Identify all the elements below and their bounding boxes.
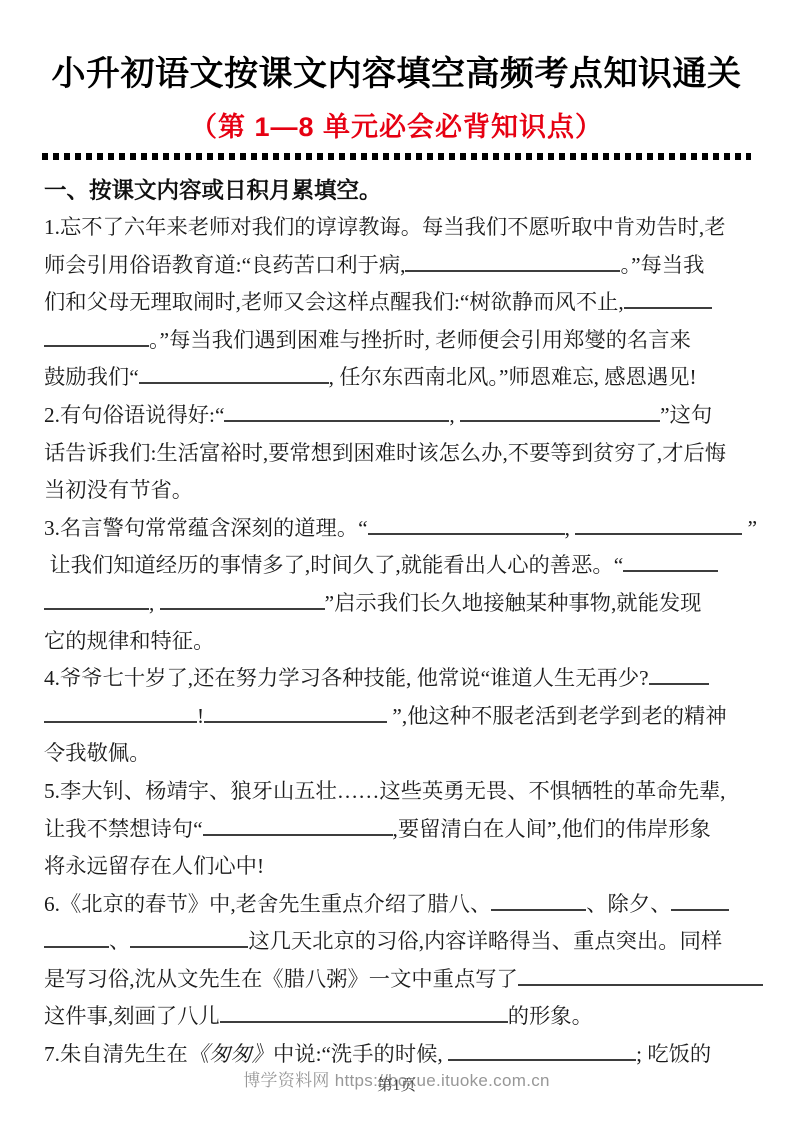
fill-in-blank: [220, 1004, 508, 1023]
document-line: 当初没有节省。: [44, 472, 749, 510]
text-run: 鼓励我们“: [44, 365, 139, 389]
document-line: 话告诉我们:生活富裕时,要常想到困难时该怎么办,不要等到贫穷了,才后悔: [44, 435, 749, 473]
document-line: 师会引用俗语教育道:“良药苦口利于病,。”每当我: [44, 247, 749, 285]
document-line: 、这几天北京的习俗,内容详略得当、重点突出。同样: [44, 923, 749, 961]
document-line: 这件事,刻画了八儿的形象。: [44, 998, 749, 1036]
document-line: 让我不禁想诗句“,要留清白在人间”,他们的伟岸形象: [44, 811, 749, 849]
text-run: 2.有句俗语说得好:“: [44, 403, 224, 427]
text-run: ”: [742, 516, 757, 540]
fill-in-blank: [44, 590, 149, 609]
text-run: 令我敬佩。: [44, 741, 151, 765]
text-run: 这几天北京的习俗,内容详略得当、重点突出。同样: [248, 929, 722, 953]
text-run: ”启示我们长久地接触某种事物,就能发现: [325, 591, 702, 615]
document-line: 是写习俗,沈从文先生在《腊八粥》一文中重点写了: [44, 961, 749, 999]
fill-in-blank: [44, 703, 197, 722]
fill-in-blank: [130, 929, 248, 948]
text-run: 4.爷爷七十岁了,还在努力学习各种技能, 他常说“谁道人生无再少?: [44, 666, 649, 690]
fill-in-blank: [491, 891, 586, 910]
fill-in-blank: [44, 929, 109, 948]
page-title: 小升初语文按课文内容填空高频考点知识通关: [24, 46, 769, 95]
text-run: 师会引用俗语教育道:“良药苦口利于病,: [44, 253, 405, 277]
document-line: 。”每当我们遇到困难与挫折时, 老师便会引用郑燮的名言来: [44, 322, 749, 360]
document-line: 令我敬佩。: [44, 735, 749, 773]
fill-in-blank: [368, 515, 565, 534]
fill-in-blank: [448, 1042, 636, 1061]
fill-in-blank: [671, 891, 729, 910]
text-run: 7.朱自清先生在: [44, 1042, 188, 1066]
document-line: 们和父母无理取闹时,老师又会这样点醒我们:“树欲静而风不止,: [44, 284, 749, 322]
document-line: 让我们知道经历的事情多了,时间久了,就能看出人心的善恶。“: [44, 547, 749, 585]
fill-in-blank: [405, 252, 620, 271]
document-line: 将永远留存在人们心中!: [44, 848, 749, 886]
document-line: 5.李大钊、杨靖宇、狼牙山五壮……这些英勇无畏、不惧牺牲的革命先辈,: [44, 773, 749, 811]
page-subtitle: （第 1—8 单元必会必背知识点）: [0, 105, 793, 144]
dotted-divider: [42, 153, 751, 160]
document-line: 4.爷爷七十岁了,还在努力学习各种技能, 他常说“谁道人生无再少?: [44, 660, 749, 698]
document-line: 2.有句俗语说得好:“, ”这句: [44, 397, 749, 435]
text-run: ,: [149, 591, 160, 615]
text-run: ,: [449, 403, 460, 427]
fill-in-blank: [44, 327, 149, 346]
text-run: 话告诉我们:生活富裕时,要常想到困难时该怎么办,不要等到贫穷了,才后悔: [44, 441, 726, 465]
fill-in-blank: [649, 666, 709, 685]
text-run: 是写习俗,沈从文先生在《腊八粥》一文中重点写了: [44, 967, 518, 991]
document-line: 6.《北京的春节》中,老舍先生重点介绍了腊八、、除夕、: [44, 886, 749, 924]
fill-in-blank: [623, 553, 718, 572]
text-run: 中说:“洗手的时候,: [273, 1042, 448, 1066]
text-run: 的形象。: [508, 1004, 593, 1028]
fill-in-blank: [575, 515, 742, 534]
text-run: ”这句: [660, 403, 712, 427]
document-line: 它的规律和特征。: [44, 623, 749, 661]
text-run: 5.李大钊、杨靖宇、狼牙山五壮……这些英勇无畏、不惧牺牲的革命先辈,: [44, 779, 726, 803]
text-run: 1.忘不了六年来老师对我们的谆谆教诲。每当我们不愿听取中肯劝告时,老: [44, 215, 726, 239]
text-run: ; 吃饭的: [636, 1042, 711, 1066]
text-run: 6.《北京的春节》中,老舍先生重点介绍了腊八、: [44, 892, 491, 916]
worksheet-page: 小升初语文按课文内容填空高频考点知识通关 （第 1—8 单元必会必背知识点） 一…: [0, 0, 793, 1122]
text-run: ”,他这种不服老活到老学到老的精神: [387, 704, 727, 728]
fill-in-blank: [624, 290, 712, 309]
text-run: 当初没有节省。: [44, 478, 193, 502]
page-footer: 博学资料网 https://boxue.ituoke.com.cn 第1页: [0, 1066, 793, 1091]
text-run: 让我不禁想诗句“: [44, 817, 203, 841]
text-run: 。”每当我: [620, 253, 704, 277]
text-run: 它的规律和特征。: [44, 629, 214, 653]
fill-in-blank: [139, 365, 329, 384]
document-line: 3.名言警句常常蕴含深刻的道理。“, ”: [44, 510, 749, 548]
document-line: ! ”,他这种不服老活到老学到老的精神: [44, 698, 749, 736]
document-line: , ”启示我们长久地接触某种事物,就能发现: [44, 585, 749, 623]
document-body: 1.忘不了六年来老师对我们的谆谆教诲。每当我们不愿听取中肯劝告时,老师会引用俗语…: [44, 209, 749, 1074]
text-run: 让我们知道经历的事情多了,时间久了,就能看出人心的善恶。“: [44, 553, 623, 577]
text-run: 《匆匆》: [188, 1042, 273, 1066]
text-run: 3.名言警句常常蕴含深刻的道理。“: [44, 516, 368, 540]
text-run: 们和父母无理取闹时,老师又会这样点醒我们:“树欲静而风不止,: [44, 290, 624, 314]
fill-in-blank: [518, 966, 763, 985]
text-run: ,要留清白在人间”,他们的伟岸形象: [393, 817, 711, 841]
fill-in-blank: [203, 816, 393, 835]
section-heading: 一、按课文内容或日积月累填空。: [44, 176, 749, 206]
text-run: 、除夕、: [586, 892, 671, 916]
fill-in-blank: [224, 403, 449, 422]
text-run: 将永远留存在人们心中!: [44, 854, 264, 878]
document-line: 1.忘不了六年来老师对我们的谆谆教诲。每当我们不愿听取中肯劝告时,老: [44, 209, 749, 247]
text-run: !: [197, 704, 204, 728]
document-line: 鼓励我们“, 任尔东西南北风。”师恩难忘, 感恩遇见!: [44, 359, 749, 397]
text-run: 。”每当我们遇到困难与挫折时, 老师便会引用郑燮的名言来: [149, 328, 691, 352]
fill-in-blank: [160, 590, 325, 609]
text-run: ,: [565, 516, 576, 540]
text-run: 、: [109, 929, 130, 953]
fill-in-blank: [460, 403, 660, 422]
text-run: , 任尔东西南北风。”师恩难忘, 感恩遇见!: [329, 365, 697, 389]
page-number: 第1页: [377, 1073, 416, 1095]
text-run: 这件事,刻画了八儿: [44, 1004, 220, 1028]
fill-in-blank: [204, 703, 387, 722]
